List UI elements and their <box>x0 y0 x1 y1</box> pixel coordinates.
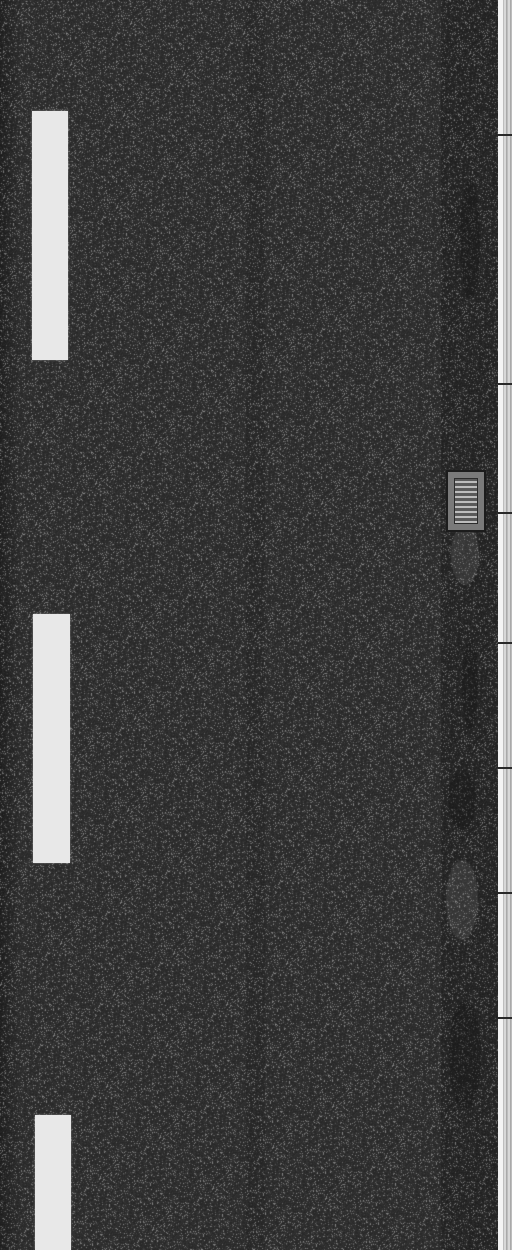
drain-grate-bars <box>454 478 478 524</box>
curb-joint <box>498 383 512 385</box>
asphalt-texture <box>0 0 512 1250</box>
lane-marking-dash <box>33 614 70 863</box>
curb-joint <box>498 642 512 644</box>
storm-drain-grate <box>446 470 486 532</box>
curb-top <box>503 0 512 1250</box>
curb-joint <box>498 892 512 894</box>
lane-marking-dash <box>35 1115 71 1250</box>
curb-joint <box>498 767 512 769</box>
curb-joint <box>498 512 512 514</box>
lane-marking-dash <box>32 111 68 360</box>
curb-joint <box>498 134 512 136</box>
curb-joint <box>498 1017 512 1019</box>
road-surface-scene <box>0 0 512 1250</box>
